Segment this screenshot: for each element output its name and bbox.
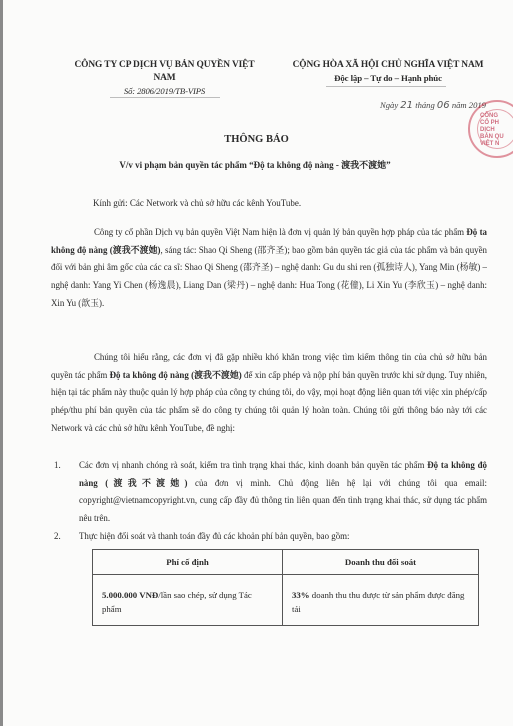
document-title: THÔNG BÁO <box>0 134 513 145</box>
header-fixed-fee: Phí cố định <box>93 550 283 575</box>
date-month: 06 <box>437 100 450 111</box>
header-revenue-share: Doanh thu đối soát <box>283 550 479 575</box>
table-row: 5.000.000 VNĐ/lần sao chép, sử dụng Tác … <box>93 575 479 626</box>
republic-name: CỘNG HÒA XÃ HỘI CHỦ NGHĨA VIỆT NAM <box>273 59 503 72</box>
national-motto: Độc lập – Tự do – Hạnh phúc <box>273 72 503 85</box>
work-title: Độ ta không độ nàng (渡我不渡她) <box>110 370 242 380</box>
document-subject: V/v vi phạm bản quyền tác phẩm “Độ ta kh… <box>40 158 470 171</box>
request-list: 1. Các đơn vị nhanh chóng rà soát, kiểm … <box>54 457 487 527</box>
cell-fixed-fee: 5.000.000 VNĐ/lần sao chép, sử dụng Tác … <box>93 575 283 626</box>
national-header: CỘNG HÒA XÃ HỘI CHỦ NGHĨA VIỆT NAM Độc l… <box>273 59 503 85</box>
issuer-header: CÔNG TY CP DỊCH VỤ BẢN QUYỀN VIỆT NAM Số… <box>52 59 277 98</box>
date-day: 21 <box>400 100 413 111</box>
document-page: CÔNG TY CP DỊCH VỤ BẢN QUYỀN VIỆT NAM Số… <box>0 0 513 726</box>
company-name-line1: CÔNG TY CP DỊCH VỤ BẢN QUYỀN VIỆT <box>52 59 277 72</box>
fee-table: Phí cố định Doanh thu đối soát 5.000.000… <box>92 549 479 626</box>
company-name-line2: NAM <box>52 72 277 85</box>
issuer-underline <box>110 97 220 98</box>
salutation-label: Kính gửi: <box>93 198 128 208</box>
request-list-continued: 2. Thực hiện đối soát và thanh toán đầy … <box>54 528 487 546</box>
cell-revenue-share: 33% doanh thu thu được từ sản phẩm được … <box>283 575 479 626</box>
issue-date: Ngày 21 tháng 06 năm 2019 <box>380 100 486 111</box>
page-edge-shadow <box>0 0 3 726</box>
paragraph-ownership: Công ty cổ phần Dịch vụ bản quyền Việt N… <box>51 224 487 313</box>
salutation: Kính gửi: Các Network và chủ sở hữu các … <box>93 198 301 208</box>
salutation-recipients: Các Network và chủ sở hữu các kênh YouTu… <box>130 198 301 208</box>
paragraph-notice: Chúng tôi hiểu rằng, các đơn vị đã gặp n… <box>51 349 487 438</box>
company-seal-stamp: CÔNG CỔ PH DỊCH BẢN QU VIỆT N <box>468 100 513 158</box>
request-item-2: 2. Thực hiện đối soát và thanh toán đầy … <box>54 528 487 546</box>
fee-table-header: Phí cố định Doanh thu đối soát <box>93 550 479 575</box>
request-item-1: 1. Các đơn vị nhanh chóng rà soát, kiểm … <box>54 457 487 527</box>
motto-underline <box>326 86 446 87</box>
